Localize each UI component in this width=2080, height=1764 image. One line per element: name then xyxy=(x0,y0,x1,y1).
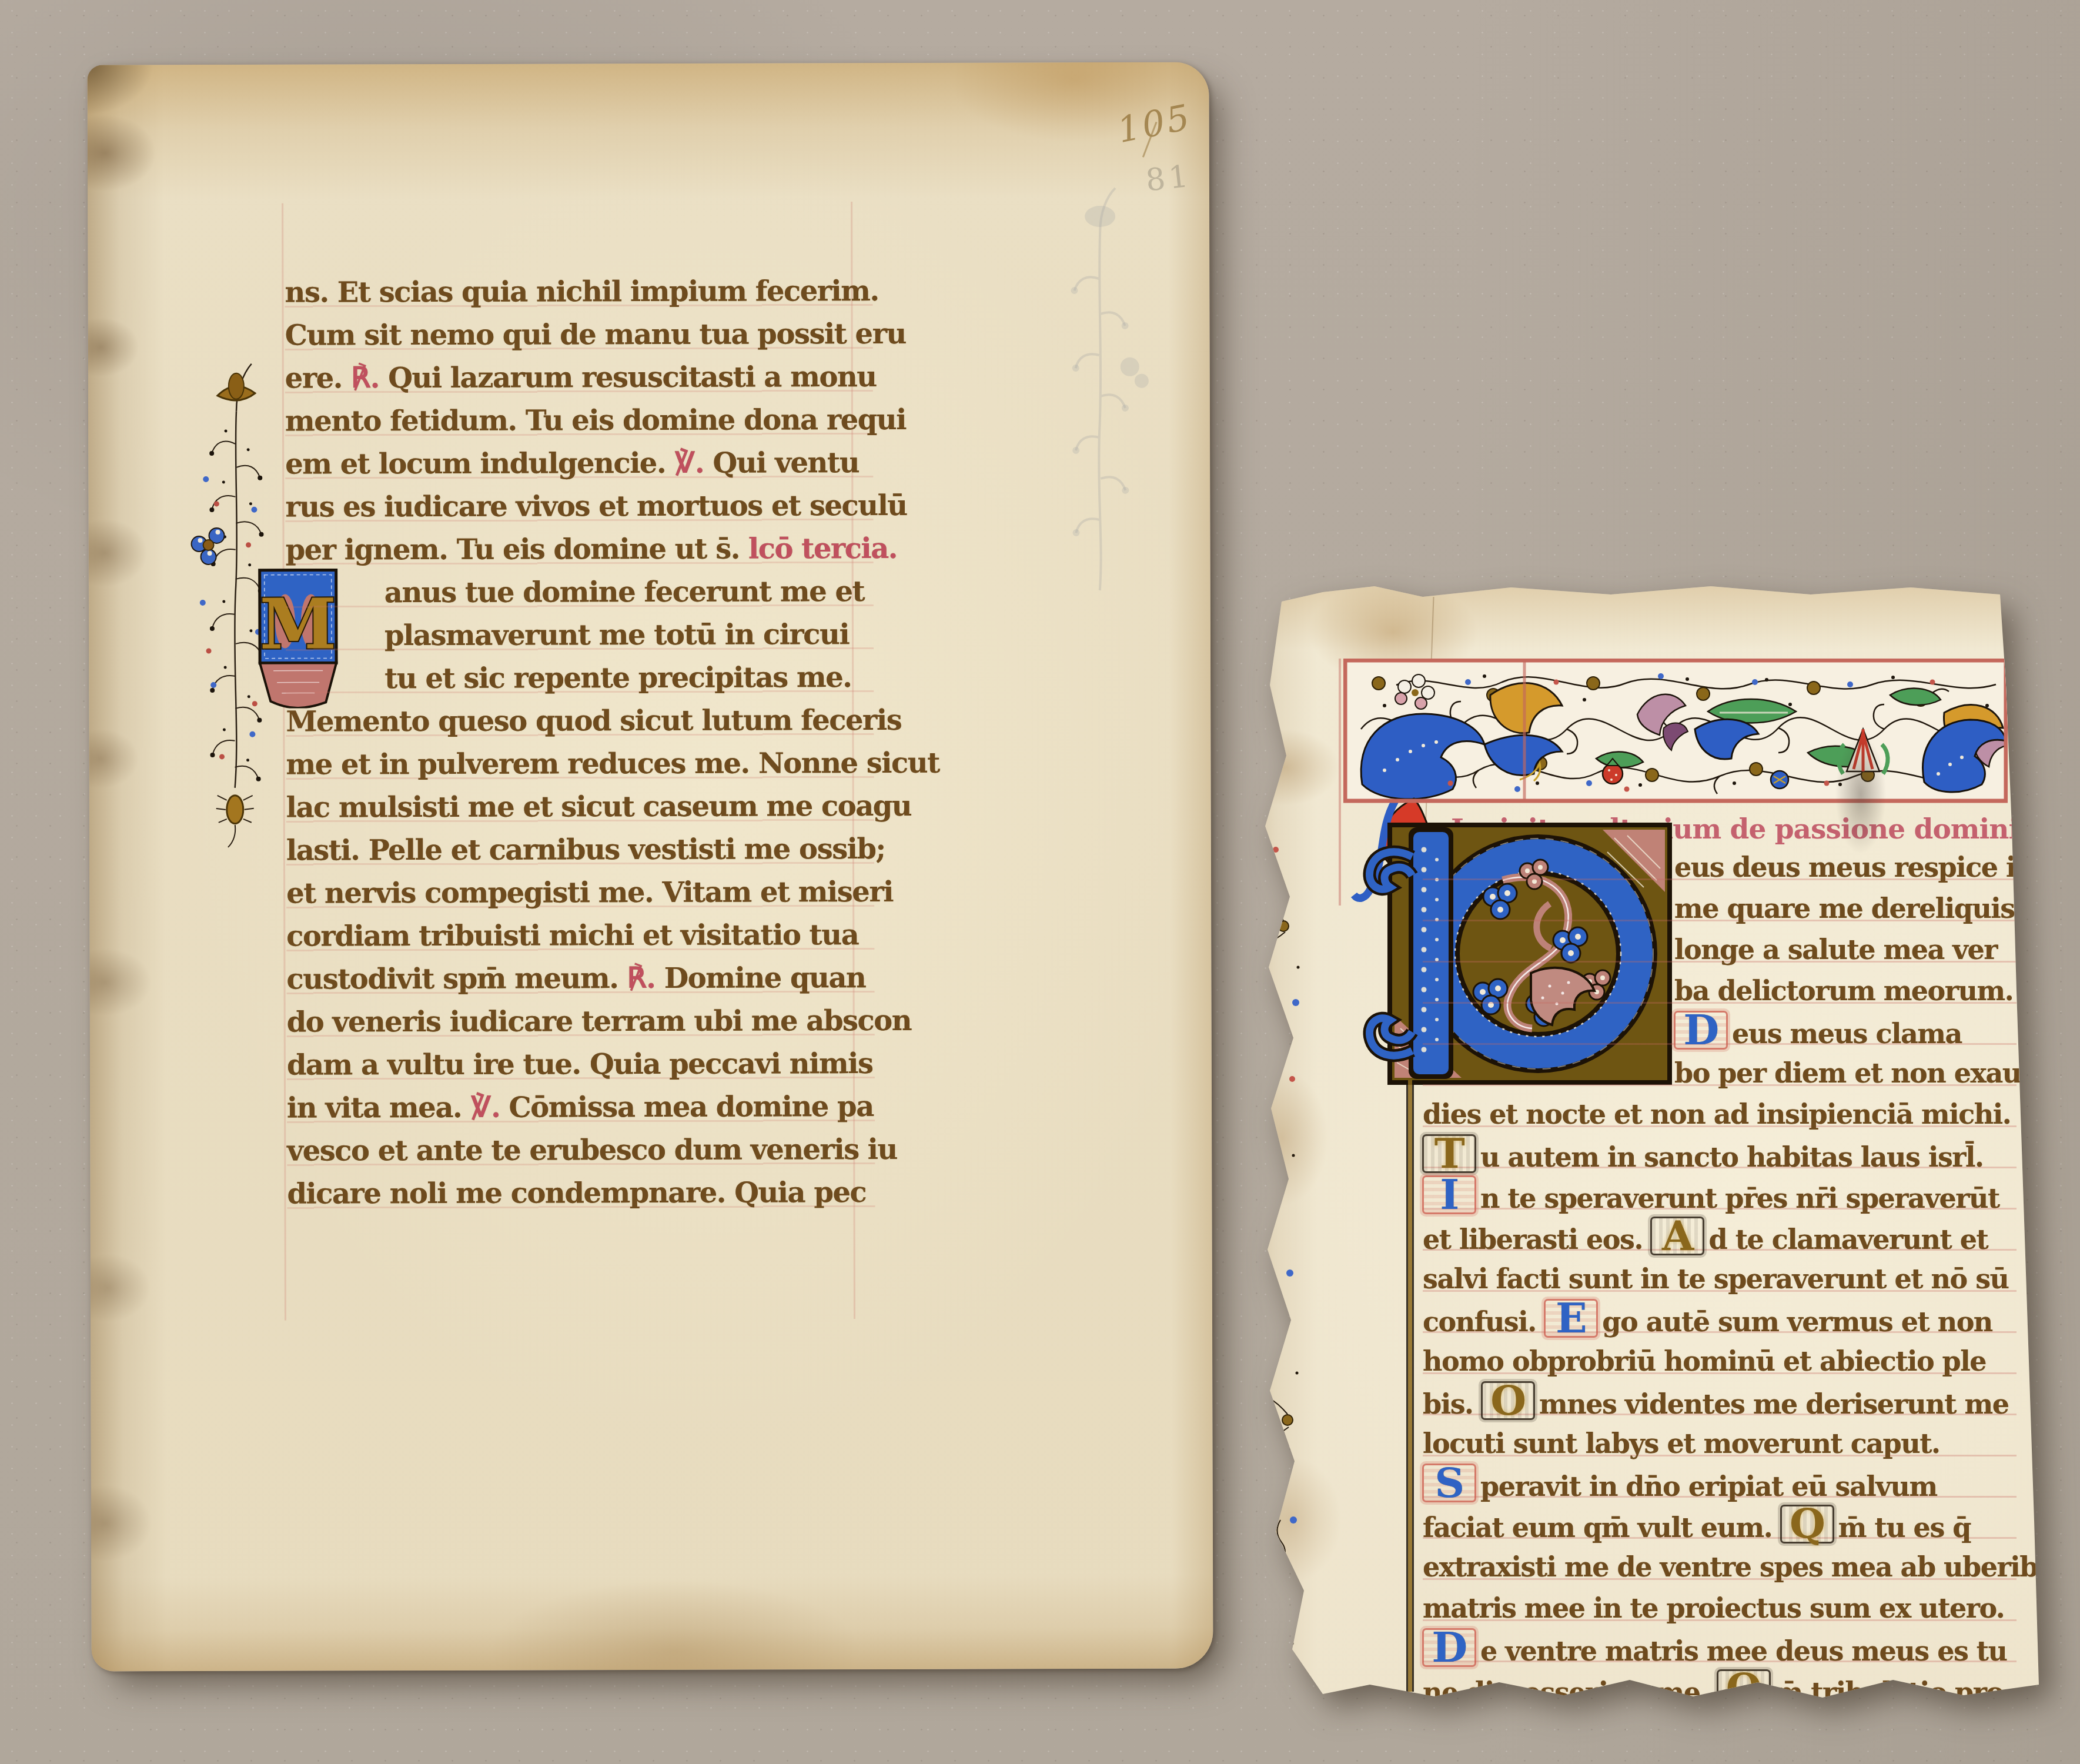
text-segment: do veneris iudicare terram ubi me abscon xyxy=(287,1004,912,1039)
text-segment: Qui lazarum resuscitasti a monu xyxy=(379,360,877,395)
text-segment: ℣. xyxy=(470,1091,500,1124)
text-line: In te speraverunt pr̄es nr̄i speraverūt xyxy=(1423,1176,2017,1217)
text-line: Speravit in dn̄o eripiat eū salvum xyxy=(1423,1464,2017,1505)
showthrough-vine-decoration xyxy=(1041,179,1160,614)
inline-initial: D xyxy=(1424,1630,1474,1665)
text-line: per ignem. Tu eis domine ut s̄. lcō terc… xyxy=(285,527,873,572)
text-segment: et liberasti eos. xyxy=(1423,1224,1651,1255)
text-line: Cum sit nemo qui de manu tua possit eru xyxy=(285,313,873,358)
text-segment: locuti sunt labys et moverunt caput. xyxy=(1423,1428,1939,1459)
text-segment: bo per diem et non exau xyxy=(1674,1057,2021,1089)
text-line: Deus meus clama xyxy=(1423,1011,2017,1053)
text-line: confusi. Ego autē sum vermus et non xyxy=(1423,1299,2017,1341)
inline-initial: Q xyxy=(1718,1671,1769,1706)
inline-initial: S xyxy=(1424,1465,1474,1501)
text-segment: ba delictorum meorum. xyxy=(1674,975,2013,1007)
text-line: ns. Et scias quia nichil impium fecerim. xyxy=(285,270,872,315)
text-segment: dicare noli me condempnare. Quia pec xyxy=(287,1176,866,1211)
text-line: bo per diem et non exau xyxy=(1423,1053,2017,1094)
text-segment: ℟. xyxy=(351,362,379,395)
fragment-text-block: eus deus meus respice inme quare me dere… xyxy=(1423,847,2017,1711)
text-segment: me quare me dereliquisti xyxy=(1674,893,2035,924)
text-segment: peravit in dn̄o eripiat eū salvum xyxy=(1480,1471,1937,1502)
text-line: plasmaverunt me totū in circui xyxy=(286,613,874,658)
text-segment: Qui ventu xyxy=(704,446,859,480)
text-segment: d te clamaverunt et xyxy=(1708,1224,1988,1255)
photo-backdrop: 105 81 xyxy=(0,0,2080,1764)
text-line: tu et sic repente precipitas me. xyxy=(286,656,874,701)
text-line: eus deus meus respice in xyxy=(1423,847,2017,888)
text-segment: salvi facti sunt in te speraverunt et nō… xyxy=(1423,1263,2009,1295)
text-segment: eus meus clama xyxy=(1732,1018,1962,1050)
text-line: ne discesseris a me. Qm̄ tribulatio pro xyxy=(1423,1670,2017,1711)
text-segment: me et in pulverem reduces me. Nonne sicu… xyxy=(286,747,939,781)
text-segment: Cōmissa mea domine pa xyxy=(500,1090,874,1124)
text-line: dies et nocte et non ad insipienciā mich… xyxy=(1423,1094,2017,1135)
text-segment: faciat eum qm̄ vult eum. xyxy=(1423,1512,1781,1543)
text-line: me quare me dereliquisti xyxy=(1423,888,2017,929)
text-segment: Cum sit nemo qui de manu tua possit eru xyxy=(285,318,906,352)
text-segment: cordiam tribuisti michi et visitatio tua xyxy=(286,918,858,953)
inline-initial: T xyxy=(1424,1136,1474,1171)
text-line: do veneris iudicare terram ubi me abscon xyxy=(287,1000,875,1044)
text-segment: extraxisti me de ventre spes mea ab uber… xyxy=(1423,1551,2046,1583)
text-line: salvi facti sunt in te speraverunt et nō… xyxy=(1423,1258,2017,1299)
text-segment: e ventre matris mee deus meus es tu xyxy=(1480,1635,2007,1667)
text-segment: confusi. xyxy=(1423,1306,1544,1338)
text-segment: in vita mea. xyxy=(287,1091,470,1125)
text-line: custodivit spm̄ meum. ℟. Domine quan xyxy=(286,957,874,1001)
text-line: dam a vultu ire tue. Quia peccavi nimis xyxy=(287,1043,875,1087)
text-segment: dies et nocte et non ad insipienciā mich… xyxy=(1423,1098,2011,1130)
text-line: vesco et ante te erubesco dum veneris iu xyxy=(287,1128,875,1173)
text-line: ba delictorum meorum. xyxy=(1423,970,2017,1011)
text-segment: longe a salute mea ver xyxy=(1674,934,1997,965)
text-segment: bis. xyxy=(1423,1388,1482,1420)
inline-initial: I xyxy=(1424,1177,1474,1212)
text-frame-gold-bar xyxy=(1406,1080,1414,1692)
text-line: me et in pulverem reduces me. Nonne sicu… xyxy=(286,742,874,787)
text-line: lac mulsisti me et sicut caseum me coagu xyxy=(286,785,874,830)
text-segment: tu et sic repente precipitas me. xyxy=(384,661,851,695)
text-line: ere. ℟. Qui lazarum resuscitasti a monu xyxy=(285,356,873,400)
text-segment: plasmaverunt me totū in circui xyxy=(384,618,849,652)
text-segment: custodivit spm̄ meum. xyxy=(286,962,627,996)
text-segment: eus deus meus respice in xyxy=(1674,851,2034,883)
folio-number: 105 xyxy=(1114,96,1195,151)
text-segment: Domine quan xyxy=(655,961,865,995)
text-segment: go autē sum vermus et non xyxy=(1602,1306,1992,1338)
text-segment: per ignem. Tu eis domine ut s̄. xyxy=(286,533,749,567)
inline-initial: Q xyxy=(1782,1506,1832,1542)
text-segment: ℣. xyxy=(674,447,704,480)
right-fragment-wrap: Incipit psalterium de passione domini. xyxy=(1235,579,2058,1764)
text-segment: anus tue domine fecerunt me et xyxy=(384,575,865,609)
text-segment: m̄ tu es q̄ xyxy=(1838,1512,1971,1543)
text-line: dicare noli me condempnare. Quia pec xyxy=(287,1171,875,1216)
right-manuscript-fragment: Incipit psalterium de passione domini. xyxy=(1235,579,2058,1764)
margin-penwork-marks xyxy=(1239,826,1351,1696)
text-segment: em et locum indulgencie. xyxy=(285,447,674,481)
text-line: anus tue domine fecerunt me et xyxy=(286,570,874,615)
inline-initial: E xyxy=(1546,1301,1596,1336)
text-segment: ere. xyxy=(285,362,351,395)
text-segment: dam a vultu ire tue. Quia peccavi nimis xyxy=(287,1047,873,1082)
text-line: mento fetidum. Tu eis domine dona requi xyxy=(285,399,873,443)
left-leaf-text-block: ns. Et scias quia nichil impium fecerim.… xyxy=(285,270,875,1216)
text-segment: mento fetidum. Tu eis domine dona requi xyxy=(285,403,906,438)
text-line: matris mee in te proiectus sum ex utero. xyxy=(1423,1588,2017,1629)
inline-initial: A xyxy=(1652,1218,1703,1254)
text-line: faciat eum qm̄ vult eum. Qm̄ tu es q̄ xyxy=(1423,1505,2017,1546)
text-segment: u autem in sancto habitas laus isrl̄. xyxy=(1480,1141,1984,1173)
text-segment: homo obprobriū hominū et abiectio ple xyxy=(1423,1345,1986,1377)
inline-initial: O xyxy=(1483,1383,1533,1418)
text-line: Memento queso quod sicut lutum feceris xyxy=(286,699,874,744)
text-line: De ventre matris mee deus meus es tu xyxy=(1423,1629,2017,1670)
inline-initial: D xyxy=(1676,1013,1726,1048)
text-line: et nervis compegisti me. Vitam et miseri xyxy=(286,871,874,916)
text-segment: m̄ tribulatio pro xyxy=(1775,1676,2004,1708)
left-manuscript-leaf: 105 81 xyxy=(87,62,1213,1672)
text-line: em et locum indulgencie. ℣. Qui ventu xyxy=(285,442,873,486)
text-segment: lac mulsisti me et sicut caseum me coagu xyxy=(286,790,912,824)
text-line: lasti. Pelle et carnibus vestisti me oss… xyxy=(286,828,874,873)
text-line: in vita mea. ℣. Cōmissa mea domine pa xyxy=(287,1085,875,1130)
text-segment: ne discesseris a me. xyxy=(1423,1676,1717,1708)
text-segment: ns. Et scias quia nichil impium fecerim. xyxy=(285,275,878,309)
text-line: rus es iudicare vivos et mortuos et secu… xyxy=(285,485,873,529)
text-line: et liberasti eos. Ad te clamaverunt et xyxy=(1423,1217,2017,1258)
text-line: cordiam tribuisti michi et visitatio tua xyxy=(286,914,874,958)
text-line: longe a salute mea ver xyxy=(1423,929,2017,970)
text-line: Tu autem in sancto habitas laus isrl̄. xyxy=(1423,1135,2017,1176)
text-line: extraxisti me de ventre spes mea ab uber… xyxy=(1423,1546,2017,1588)
text-segment: Memento queso quod sicut lutum feceris xyxy=(286,704,901,739)
text-line: bis. Omnes videntes me deriserunt me xyxy=(1423,1382,2017,1423)
text-segment: lcō tercia. xyxy=(748,532,897,566)
text-segment: lasti. Pelle et carnibus vestisti me oss… xyxy=(286,833,885,867)
text-segment: n te speraverunt pr̄es nr̄i speraverūt xyxy=(1480,1182,1999,1214)
text-line: locuti sunt labys et moverunt caput. xyxy=(1423,1423,2017,1464)
text-segment: vesco et ante te erubesco dum veneris iu xyxy=(287,1133,897,1168)
text-segment: rus es iudicare vivos et mortuos et secu… xyxy=(285,489,907,524)
text-segment: et nervis compegisti me. Vitam et miseri xyxy=(286,876,893,910)
text-segment: mnes videntes me deriserunt me xyxy=(1539,1388,2008,1420)
text-segment: ℟. xyxy=(627,962,656,995)
text-segment: matris mee in te proiectus sum ex utero. xyxy=(1423,1592,2004,1624)
